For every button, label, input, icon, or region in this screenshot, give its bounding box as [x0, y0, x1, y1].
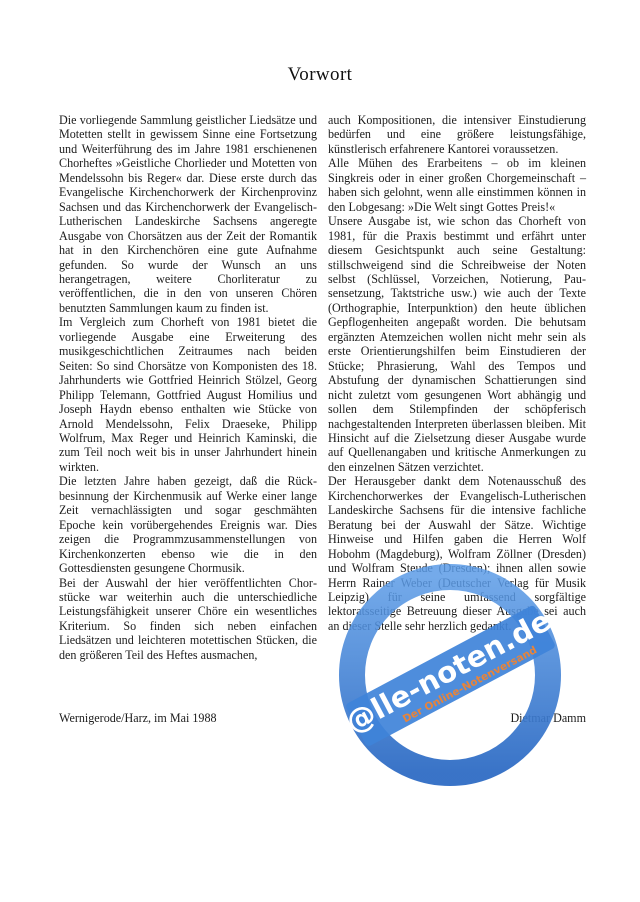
place-date: Wernigerode/Harz, im Mai 1988: [59, 711, 217, 726]
page-title: Vorwort: [0, 64, 640, 86]
paragraph: auch Kompositionen, die intensiver Einst…: [328, 113, 586, 156]
paragraph: Unsere Ausgabe ist, wie schon das Chorhe…: [328, 214, 586, 474]
document-page: Vorwort Die vorliegende Sammlung geistli…: [0, 0, 640, 902]
paragraph: Die vorliegende Sammlung geistlicher Lie…: [59, 113, 317, 315]
right-column: auch Kompositionen, die intensiver Einst…: [328, 113, 586, 633]
left-column: Die vorliegende Sammlung geistlicher Lie…: [59, 113, 317, 662]
watermark-stamp: @lle-noten.de Der Online-Notenversand: [335, 560, 565, 790]
paragraph: Die letzten Jahre haben gezeigt, daß die…: [59, 474, 317, 575]
paragraph: Alle Mühen des Erarbeitens – ob im klein…: [328, 156, 586, 214]
prohibition-stamp-icon: @lle-noten.de Der Online-Notenversand: [335, 560, 565, 790]
paragraph: Bei der Auswahl der hier veröffentlichte…: [59, 576, 317, 663]
paragraph: Im Vergleich zum Chorheft von 1981 biete…: [59, 315, 317, 474]
